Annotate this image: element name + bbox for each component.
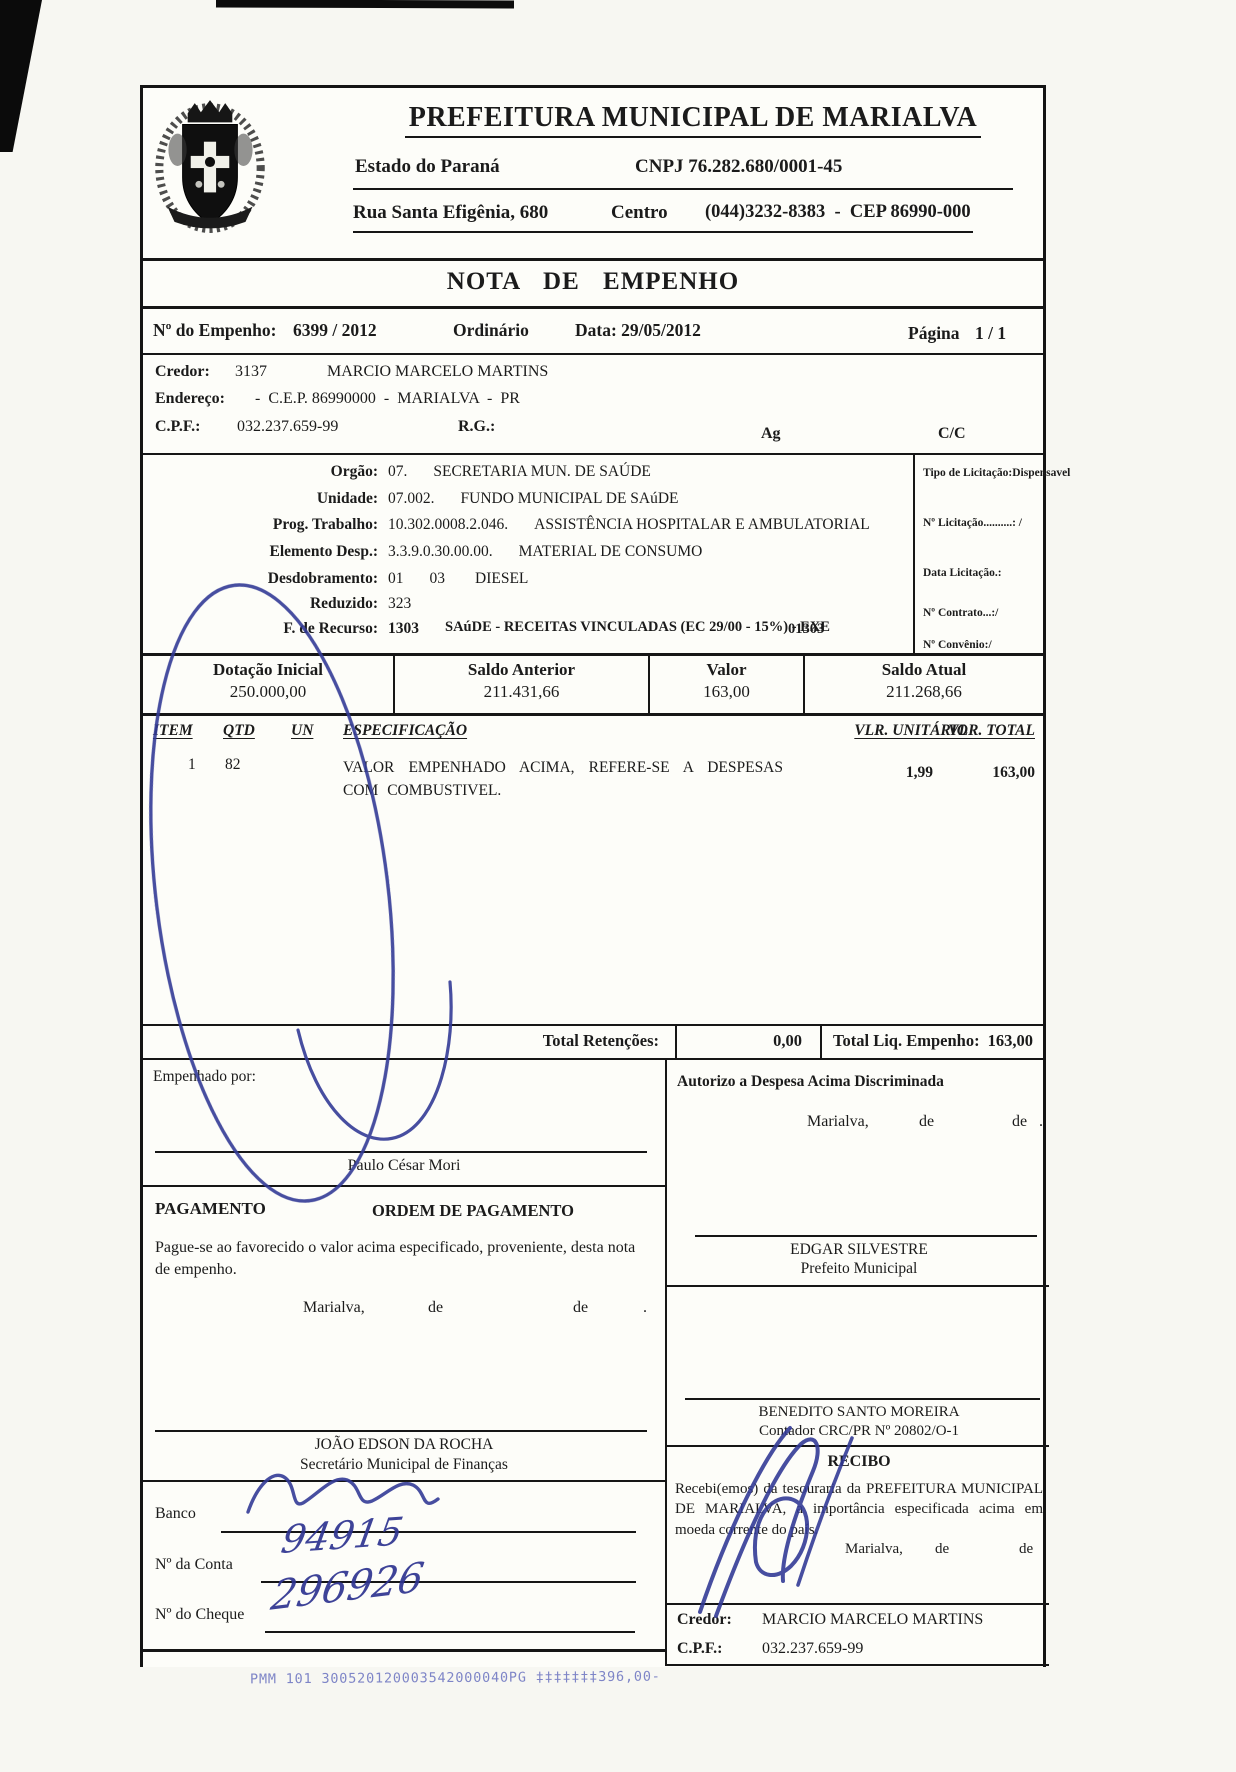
header-line-state-cnpj: Estado do Paraná CNPJ 76.282.680/0001-45 xyxy=(353,152,1013,190)
state-label: Estado do Paraná xyxy=(355,156,500,178)
retencoes-row: Total Retenções: 0,00 Total Liq. Empenho… xyxy=(143,1026,1043,1058)
phone-cep-label: (044)3232-8383 - CEP 86990-000 xyxy=(705,202,971,223)
rg-label: R.G.: xyxy=(458,418,495,436)
saldo-atual-cell: Saldo Atual 211.268,66 xyxy=(805,656,1043,713)
classification-row-elemento: Elemento Desp.: 3.3.9.0.30.00.00. MATERI… xyxy=(143,543,913,560)
recibo-cpf-value: 032.237.659-99 xyxy=(762,1640,863,1658)
numero-convenio: Nº Convênio:/ xyxy=(923,639,992,651)
item-unitario: 1,99 xyxy=(843,764,933,782)
banco-label: Banco xyxy=(155,1505,196,1523)
item-espec: VALOR EMPENHADO ACIMA, REFERE-SE A DESPE… xyxy=(343,756,783,803)
vlr-total-header: VLR. TOTAL xyxy=(948,722,1035,740)
endereco-label: Endereço: xyxy=(155,390,225,408)
elemento-code: 3.3.9.0.30.00.00. xyxy=(388,543,493,560)
licitacao-column: Tipo de Licitação:Dispensavel Nº Licitaç… xyxy=(913,455,1045,653)
unidade-desc: FUNDO MUNICIPAL DE SAúDE xyxy=(461,490,679,507)
classification-row-reduzido: Reduzido: 323 xyxy=(143,595,913,612)
cidade-esq: Marialva, xyxy=(303,1299,365,1317)
valor-value: 163,00 xyxy=(650,682,803,702)
recurso-label: F. de Recurso: xyxy=(143,620,388,637)
recibo-credor-label: Credor: xyxy=(677,1611,732,1629)
item-number: 1 xyxy=(188,756,196,774)
prefeito-cargo: Prefeito Municipal xyxy=(667,1260,1051,1278)
prog-trabalho-desc: ASSISTÊNCIA HOSPITALAR E AMBULATORIAL xyxy=(534,516,870,533)
scanned-document-page: { "cores": {"tinta_caneta": "#333a96", "… xyxy=(0,0,1236,1772)
reduzido-label: Reduzido: xyxy=(143,595,388,612)
recibo-cpf-label: C.P.F.: xyxy=(677,1640,723,1658)
credor-code: 3137 xyxy=(235,363,267,381)
recurso-code: 1303 xyxy=(388,620,419,637)
credor-block: Credor: 3137 MARCIO MARCELO MARTINS Ende… xyxy=(143,355,1043,453)
un-header: UN xyxy=(291,722,313,740)
contador-cargo: Contador CRC/PR Nº 20802/O-1 xyxy=(667,1423,1051,1440)
dotacao-inicial-label: Dotação Inicial xyxy=(143,660,393,680)
nota-de-empenho-form: PREFEITURA MUNICIPAL DE MARIALVA Estado … xyxy=(140,85,1046,1667)
scan-artifact-corner xyxy=(0,0,42,152)
classification-block: Orgão: 07. SECRETARIA MUN. DE SAÚDE Unid… xyxy=(143,455,1043,653)
item-header: ITEM xyxy=(153,722,193,740)
ordem-pagamento-title: ORDEM DE PAGAMENTO xyxy=(293,1201,653,1221)
valor-cell: Valor 163,00 xyxy=(650,656,803,713)
cidade-dir: Marialva, xyxy=(807,1113,869,1131)
credor-label: Credor: xyxy=(155,363,210,381)
prefeito-line xyxy=(695,1235,1037,1237)
item-total: 163,00 xyxy=(992,764,1035,782)
desdobramento-code2: 03 xyxy=(430,570,446,587)
classification-row-orgao: Orgão: 07. SECRETARIA MUN. DE SAÚDE xyxy=(143,463,913,480)
conta-handwriting: 94915 xyxy=(278,1509,406,1562)
coat-of-arms-image xyxy=(151,91,269,235)
tipo-licitacao: Tipo de Licitação:Dispensavel xyxy=(923,467,1070,479)
document-title: NOTA DE EMPENHO xyxy=(447,268,739,296)
assinatura2-line xyxy=(155,1430,647,1432)
pagamento-title: PAGAMENTO xyxy=(155,1199,266,1219)
credor-name: MARCIO MARCELO MARTINS xyxy=(327,363,548,381)
elemento-label: Elemento Desp.: xyxy=(143,543,388,560)
saldo-anterior-cell: Saldo Anterior 211.431,66 xyxy=(395,656,648,713)
desdobramento-label: Desdobramento: xyxy=(143,570,388,587)
contador-line xyxy=(685,1398,1040,1400)
saldo-anterior-label: Saldo Anterior xyxy=(395,660,648,680)
numero-licitacao: Nº Licitação..........: / xyxy=(923,517,1022,529)
empenhado-por-label: Empenhado por: xyxy=(153,1068,256,1086)
cheque-label: Nº do Cheque xyxy=(155,1606,244,1624)
cheque-line xyxy=(265,1631,635,1633)
scan-artifact-top-strip xyxy=(216,0,514,9)
page-label: Página xyxy=(908,323,960,344)
de1-dir: de xyxy=(919,1113,934,1131)
cc-label: C/C xyxy=(938,425,966,443)
ag-label: Ag xyxy=(761,425,781,443)
de1-esq: de xyxy=(428,1299,443,1317)
empenho-type: Ordinário xyxy=(453,320,529,341)
recurso-extra-code: 01303 xyxy=(788,621,824,638)
district-label: Centro xyxy=(611,202,668,224)
empenho-number-value: 6399 / 2012 xyxy=(293,320,377,341)
ponto-dir: . xyxy=(1039,1113,1043,1131)
classification-row-prog-trabalho: Prog. Trabalho: 10.302.0008.2.046. ASSIS… xyxy=(143,516,913,533)
right-signature-column: Autorizo a Despesa Acima Discriminada Ma… xyxy=(665,1060,1049,1666)
recibo-credor-name: MARCIO MARCELO MARTINS xyxy=(762,1611,983,1629)
total-retencoes-label: Total Retenções: xyxy=(143,1031,659,1051)
assinante2-name: JOÃO EDSON DA ROCHA xyxy=(143,1436,665,1454)
desdobramento-desc: DIESEL xyxy=(475,570,528,587)
orgao-desc: SECRETARIA MUN. DE SAÚDE xyxy=(433,463,651,480)
assinante2-cargo: Secretário Municipal de Finanças xyxy=(143,1456,665,1474)
data-licitacao: Data Licitação.: xyxy=(923,567,1002,579)
assinatura1-line xyxy=(155,1151,647,1153)
recurso-desc: SAúDE - RECEITAS VINCULADAS (EC 29/00 - … xyxy=(445,620,830,637)
reduzido-code: 323 xyxy=(388,595,411,612)
cnpj-label: CNPJ 76.282.680/0001-45 xyxy=(635,156,842,178)
orgao-code: 07. xyxy=(388,463,407,480)
cpf-value: 032.237.659-99 xyxy=(237,418,338,436)
dotacao-inicial-value: 250.000,00 xyxy=(143,682,393,702)
recibo-de2: de xyxy=(1019,1541,1033,1558)
total-retencoes-value: 0,00 xyxy=(677,1031,802,1051)
de2-dir: de xyxy=(1012,1113,1027,1131)
cpf-label: C.P.F.: xyxy=(155,418,201,436)
page-value: 1 / 1 xyxy=(975,323,1006,344)
totals-row: Dotação Inicial 250.000,00 Saldo Anterio… xyxy=(143,656,1043,713)
municipal-coat-of-arms xyxy=(151,91,269,235)
pague-se-text: Pague-se ao favorecido o valor acima esp… xyxy=(155,1237,645,1280)
form-header: PREFEITURA MUNICIPAL DE MARIALVA Estado … xyxy=(143,88,1043,258)
desdobramento-code: 01 xyxy=(388,570,404,587)
classification-row-unidade: Unidade: 07.002. FUNDO MUNICIPAL DE SAúD… xyxy=(143,490,913,507)
document-title-band: NOTA DE EMPENHO xyxy=(143,261,1043,306)
prefeito-name: EDGAR SILVESTRE xyxy=(667,1241,1051,1259)
endereco-value: - C.E.P. 86990000 - MARIALVA - PR xyxy=(255,390,520,408)
saldo-anterior-value: 211.431,66 xyxy=(395,682,648,702)
items-table: ITEM QTD UN ESPECIFICAÇÃO VLR. UNITÁRIO … xyxy=(143,716,1043,1024)
empenho-row: Nº do Empenho: 6399 / 2012 Ordinário Dat… xyxy=(143,309,1043,353)
total-liq-label: Total Liq. Empenho: xyxy=(833,1031,980,1051)
recibo-title: RECIBO xyxy=(667,1453,1051,1471)
classification-row-desdobramento: Desdobramento: 01 03 DIESEL xyxy=(143,570,913,587)
ponto-esq: . xyxy=(643,1299,647,1317)
espec-header: ESPECIFICAÇÃO xyxy=(343,722,467,740)
total-liq-value: 163,00 xyxy=(988,1031,1033,1051)
autorizo-text: Autorizo a Despesa Acima Discriminada xyxy=(677,1073,944,1091)
orgao-label: Orgão: xyxy=(143,463,388,480)
conta-label: Nº da Conta xyxy=(155,1556,233,1574)
recibo-de1: de xyxy=(935,1541,949,1558)
address-label: Rua Santa Efigênia, 680 xyxy=(353,202,548,224)
unidade-code: 07.002. xyxy=(388,490,435,507)
dot-matrix-print-line: PMM 101 300520120003542000040PG ‡‡‡‡‡‡‡3… xyxy=(250,1669,661,1688)
valor-label: Valor xyxy=(650,660,803,680)
de2-esq: de xyxy=(573,1299,588,1317)
assinante1-name: Paulo César Mori xyxy=(143,1157,665,1175)
prog-trabalho-code: 10.302.0008.2.046. xyxy=(388,516,508,533)
qtd-header: QTD xyxy=(223,722,255,740)
dotacao-inicial-cell: Dotação Inicial 250.000,00 xyxy=(143,656,393,713)
contador-name: BENEDITO SANTO MOREIRA xyxy=(667,1404,1051,1421)
header-line-address: Rua Santa Efigênia, 680 Centro (044)3232… xyxy=(353,200,973,233)
item-qtd: 82 xyxy=(225,756,241,774)
saldo-atual-label: Saldo Atual xyxy=(805,660,1043,680)
empenho-number-label: Nº do Empenho: xyxy=(153,320,276,341)
elemento-desc: MATERIAL DE CONSUMO xyxy=(519,543,703,560)
saldo-atual-value: 211.268,66 xyxy=(805,682,1043,702)
recibo-text: Recebi(emos) da tesouraria da PREFEITURA… xyxy=(675,1479,1043,1540)
municipality-title: PREFEITURA MUNICIPAL DE MARIALVA xyxy=(405,102,982,138)
empenho-date: Data: 29/05/2012 xyxy=(575,320,701,341)
recibo-cidade: Marialva, xyxy=(845,1541,903,1558)
numero-contrato: Nº Contrato...:/ xyxy=(923,607,998,619)
unidade-label: Unidade: xyxy=(143,490,388,507)
prog-trabalho-label: Prog. Trabalho: xyxy=(143,516,388,533)
